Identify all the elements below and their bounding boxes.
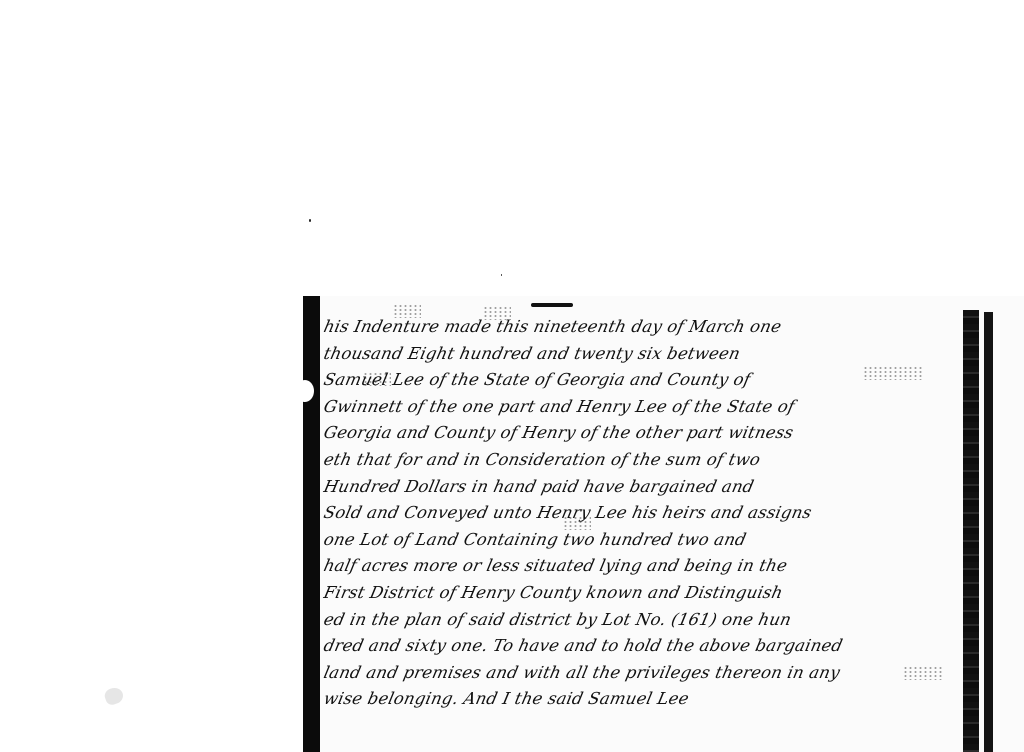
deed-line: half acres more or less situated lying a… [321, 553, 972, 580]
scan-smudge [103, 685, 125, 706]
deed-line: Gwinnett of the one part and Henry Lee o… [321, 394, 972, 421]
deed-line: land and premises and with all the privi… [321, 660, 972, 687]
deed-line: Samuel Lee of the State of Georgia and C… [321, 367, 972, 394]
deed-line: First District of Henry County known and… [321, 580, 972, 607]
deed-line: one Lot of Land Containing two hundred t… [321, 527, 972, 554]
deed-line: his Indenture made this nineteenth day o… [321, 314, 972, 341]
deed-line: ed in the plan of said district by Lot N… [321, 607, 972, 634]
right-binding-edge-outer [984, 312, 993, 752]
deed-line: eth that for and in Consideration of the… [321, 447, 972, 474]
handwritten-text: his Indenture made this nineteenth day o… [321, 314, 966, 713]
deed-line: dred and sixty one. To have and to hold … [321, 633, 972, 660]
deed-page: his Indenture made this nineteenth day o… [303, 296, 1024, 752]
scan-speck [309, 219, 311, 222]
deed-line: Georgia and County of Henry of the other… [321, 420, 972, 447]
top-ink-mark [531, 303, 573, 307]
left-binding-edge [303, 296, 320, 752]
deed-line: Hundred Dollars in hand paid have bargai… [321, 474, 972, 501]
scan-canvas: his Indenture made this nineteenth day o… [0, 0, 1024, 752]
deed-line: Sold and Conveyed unto Henry Lee his hei… [321, 500, 972, 527]
deed-line: thousand Eight hundred and twenty six be… [321, 341, 972, 368]
deed-line: wise belonging. And I the said Samuel Le… [321, 686, 972, 713]
scan-speck [501, 274, 502, 276]
